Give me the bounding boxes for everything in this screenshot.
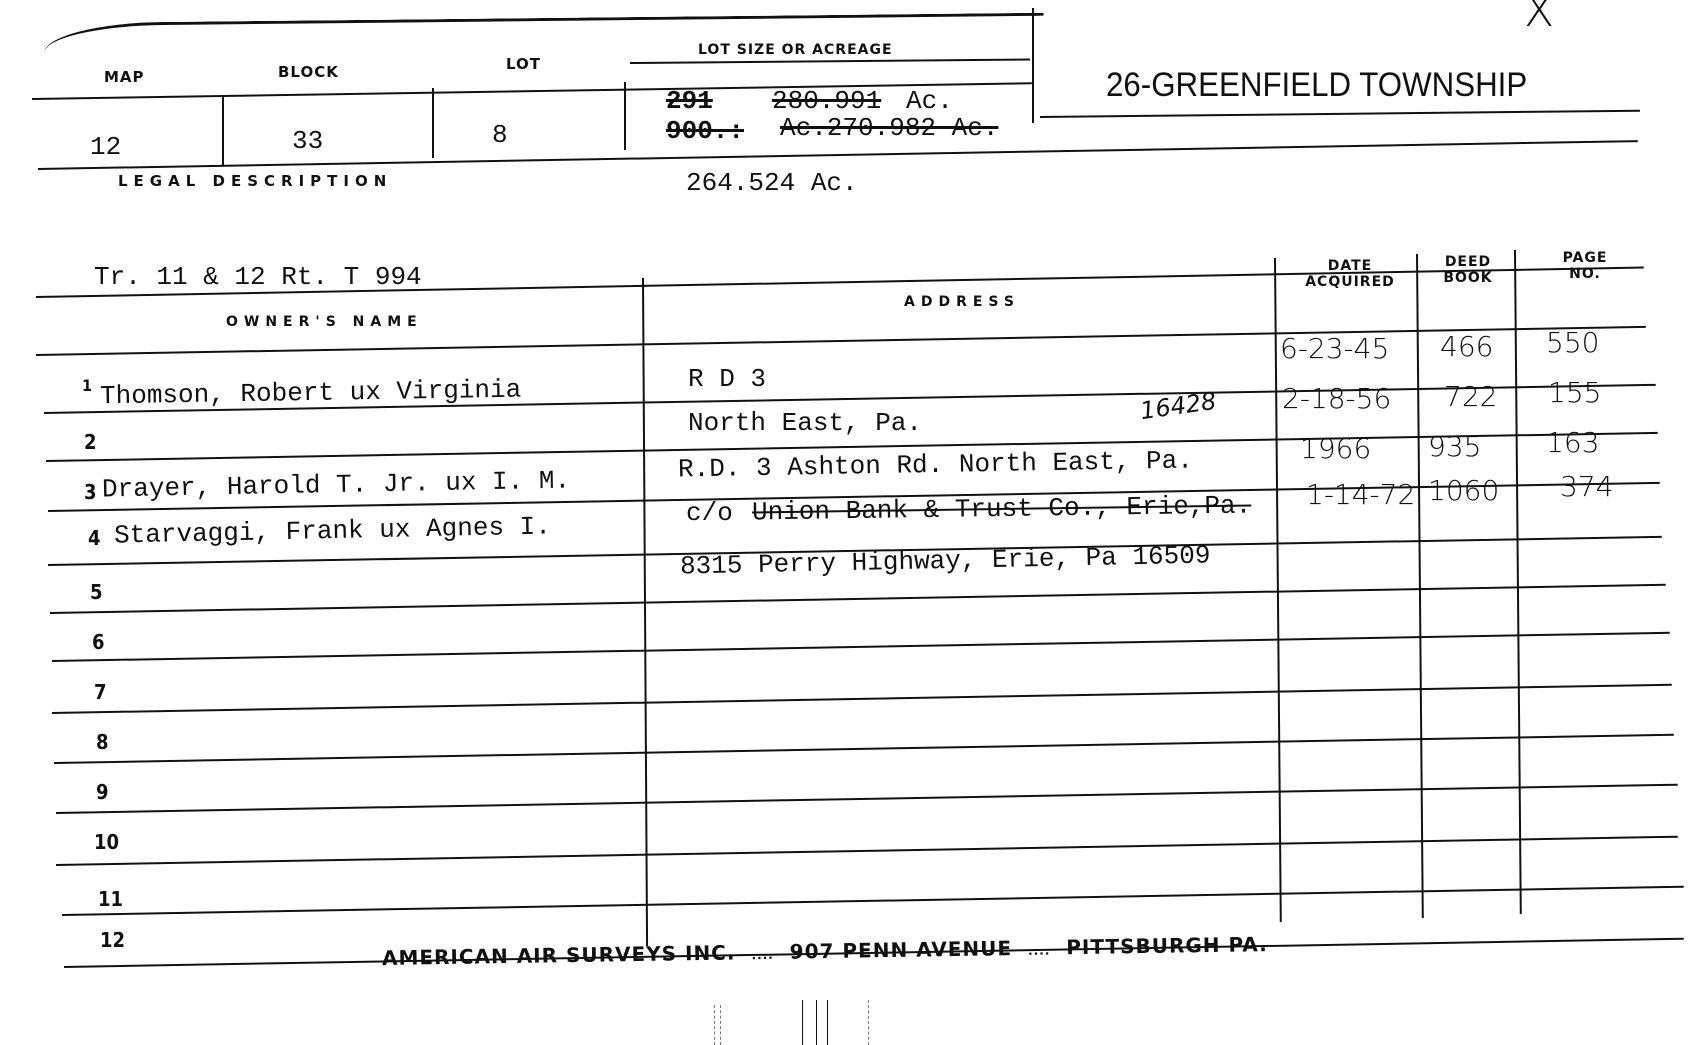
row-num-6: 6 — [92, 630, 105, 654]
col-date-line2: ACQUIRED — [1290, 274, 1410, 290]
deed-book-3: 935 — [1428, 430, 1481, 463]
col-owner-name: OWNER'S NAME — [226, 314, 423, 330]
footer-city: PITTSBURGH PA. — [1066, 932, 1268, 959]
deed-book-4: 1060 — [1428, 474, 1499, 507]
row-num-2: 2 — [84, 430, 97, 454]
page-no-4: 374 — [1560, 470, 1613, 503]
block-label: BLOCK — [278, 63, 339, 81]
col-deed-line1: DEED — [1428, 254, 1508, 270]
lot-size-label: LOT SIZE OR ACREAGE — [698, 42, 893, 58]
page-no-3: 163 — [1546, 426, 1599, 459]
date-acquired-1: 6-23-45 — [1280, 332, 1389, 365]
acreage-struck-1a: 291 — [666, 86, 713, 116]
address-4: Union Bank & Trust Co., Erie,Pa. — [752, 491, 1252, 528]
acreage-struck-2b: Ac.270.982 Ac. — [780, 113, 998, 143]
row-num-11: 11 — [98, 887, 123, 911]
page-col-divider — [1514, 250, 1522, 914]
date-acquired-3: 1966 — [1300, 432, 1371, 465]
col-deed-book: DEED BOOK — [1428, 254, 1508, 286]
header-bottom-line — [38, 140, 1638, 170]
lot-value: 8 — [492, 120, 508, 150]
footer-separator-2: .... — [1028, 944, 1050, 958]
row-num-7: 7 — [94, 680, 107, 704]
date-acquired-2: 2-18-56 — [1282, 382, 1391, 415]
map-label: MAP — [104, 68, 145, 86]
table-header-bottom-line — [36, 326, 1646, 356]
footer-company: AMERICAN AIR SURVEYS INC. — [382, 940, 736, 970]
scan-artifact — [802, 1000, 803, 1045]
row-line-6 — [52, 632, 1670, 662]
owner-name-3: Drayer, Harold T. Jr. ux I. M. — [102, 466, 571, 505]
deed-book-1: 466 — [1440, 330, 1493, 363]
row-line-10 — [56, 836, 1678, 866]
address-2: North East, Pa. — [688, 408, 922, 438]
card-top-edge — [44, 13, 1044, 66]
header-right-divider — [1032, 8, 1034, 123]
col-date-acquired: DATE ACQUIRED — [1290, 258, 1410, 290]
address-5: 8315 Perry Highway, Erie, Pa 16509 — [680, 540, 1211, 581]
scan-artifact — [720, 1005, 721, 1045]
lot-acreage-divider — [624, 82, 626, 150]
col-date-line1: DATE — [1290, 258, 1410, 274]
address-1: R D 3 — [688, 364, 766, 394]
col-address: ADDRESS — [904, 294, 1020, 310]
scan-artifact — [714, 1005, 715, 1045]
address-col-divider — [642, 278, 648, 946]
address-4-prefix: c/o — [686, 498, 733, 528]
row-line-5 — [50, 584, 1666, 614]
acreage-struck-1b: 280.991 — [772, 86, 881, 116]
legal-description-value: Tr. 11 & 12 Rt. T 994 — [94, 262, 422, 292]
corner-x-mark: X — [1524, 0, 1554, 37]
township-title: 26-GREENFIELD TOWNSHIP — [1106, 66, 1527, 105]
acreage-line-1-suffix: Ac. — [906, 86, 953, 116]
block-value: 33 — [292, 126, 323, 156]
col-deed-line2: BOOK — [1428, 270, 1508, 286]
row-num-12: 12 — [100, 928, 125, 952]
row-num-5: 5 — [90, 580, 103, 604]
acreage-current: 264.524 Ac. — [686, 168, 858, 198]
footer-separator-1: .... — [751, 948, 773, 962]
township-underline — [1040, 110, 1640, 118]
map-block-divider — [222, 95, 224, 165]
row-num-9: 9 — [96, 780, 109, 804]
deed-book-2: 722 — [1444, 380, 1497, 413]
row-line-9 — [56, 784, 1678, 814]
footer: AMERICAN AIR SURVEYS INC. .... 907 PENN … — [382, 932, 1268, 970]
row-line-7 — [52, 684, 1672, 714]
scan-artifact — [827, 1000, 828, 1045]
address-3: R.D. 3 Ashton Rd. North East, Pa. — [678, 446, 1193, 485]
footer-address: 907 PENN AVENUE — [790, 936, 1013, 963]
scan-artifact — [868, 1000, 869, 1045]
block-lot-divider — [432, 88, 434, 158]
page-no-1: 550 — [1546, 326, 1599, 359]
row-num-3: 3 — [84, 480, 97, 504]
col-page-line1: PAGE — [1540, 250, 1630, 266]
col-page-no: PAGE NO. — [1540, 250, 1630, 282]
map-value: 12 — [90, 132, 121, 162]
deed-col-divider — [1416, 254, 1424, 918]
date-acquired-4: 1-14-72 — [1306, 478, 1415, 511]
header-row-line — [32, 82, 1032, 100]
col-page-line2: NO. — [1540, 266, 1630, 282]
lot-label: LOT — [506, 55, 541, 73]
acreage-struck-2a: 900.: — [666, 116, 744, 146]
row-num-4: 4 — [88, 526, 101, 550]
legal-description-label: LEGAL DESCRIPTION — [118, 172, 392, 190]
row-line-8 — [54, 734, 1674, 764]
page-no-2: 155 — [1548, 376, 1601, 409]
row-num-10: 10 — [94, 830, 119, 854]
row-line-11 — [62, 886, 1684, 916]
owner-name-4: Starvaggi, Frank ux Agnes I. — [114, 511, 551, 550]
scan-artifact — [816, 1000, 817, 1045]
row-num-1: 1 — [82, 376, 92, 395]
row-num-8: 8 — [96, 730, 109, 754]
